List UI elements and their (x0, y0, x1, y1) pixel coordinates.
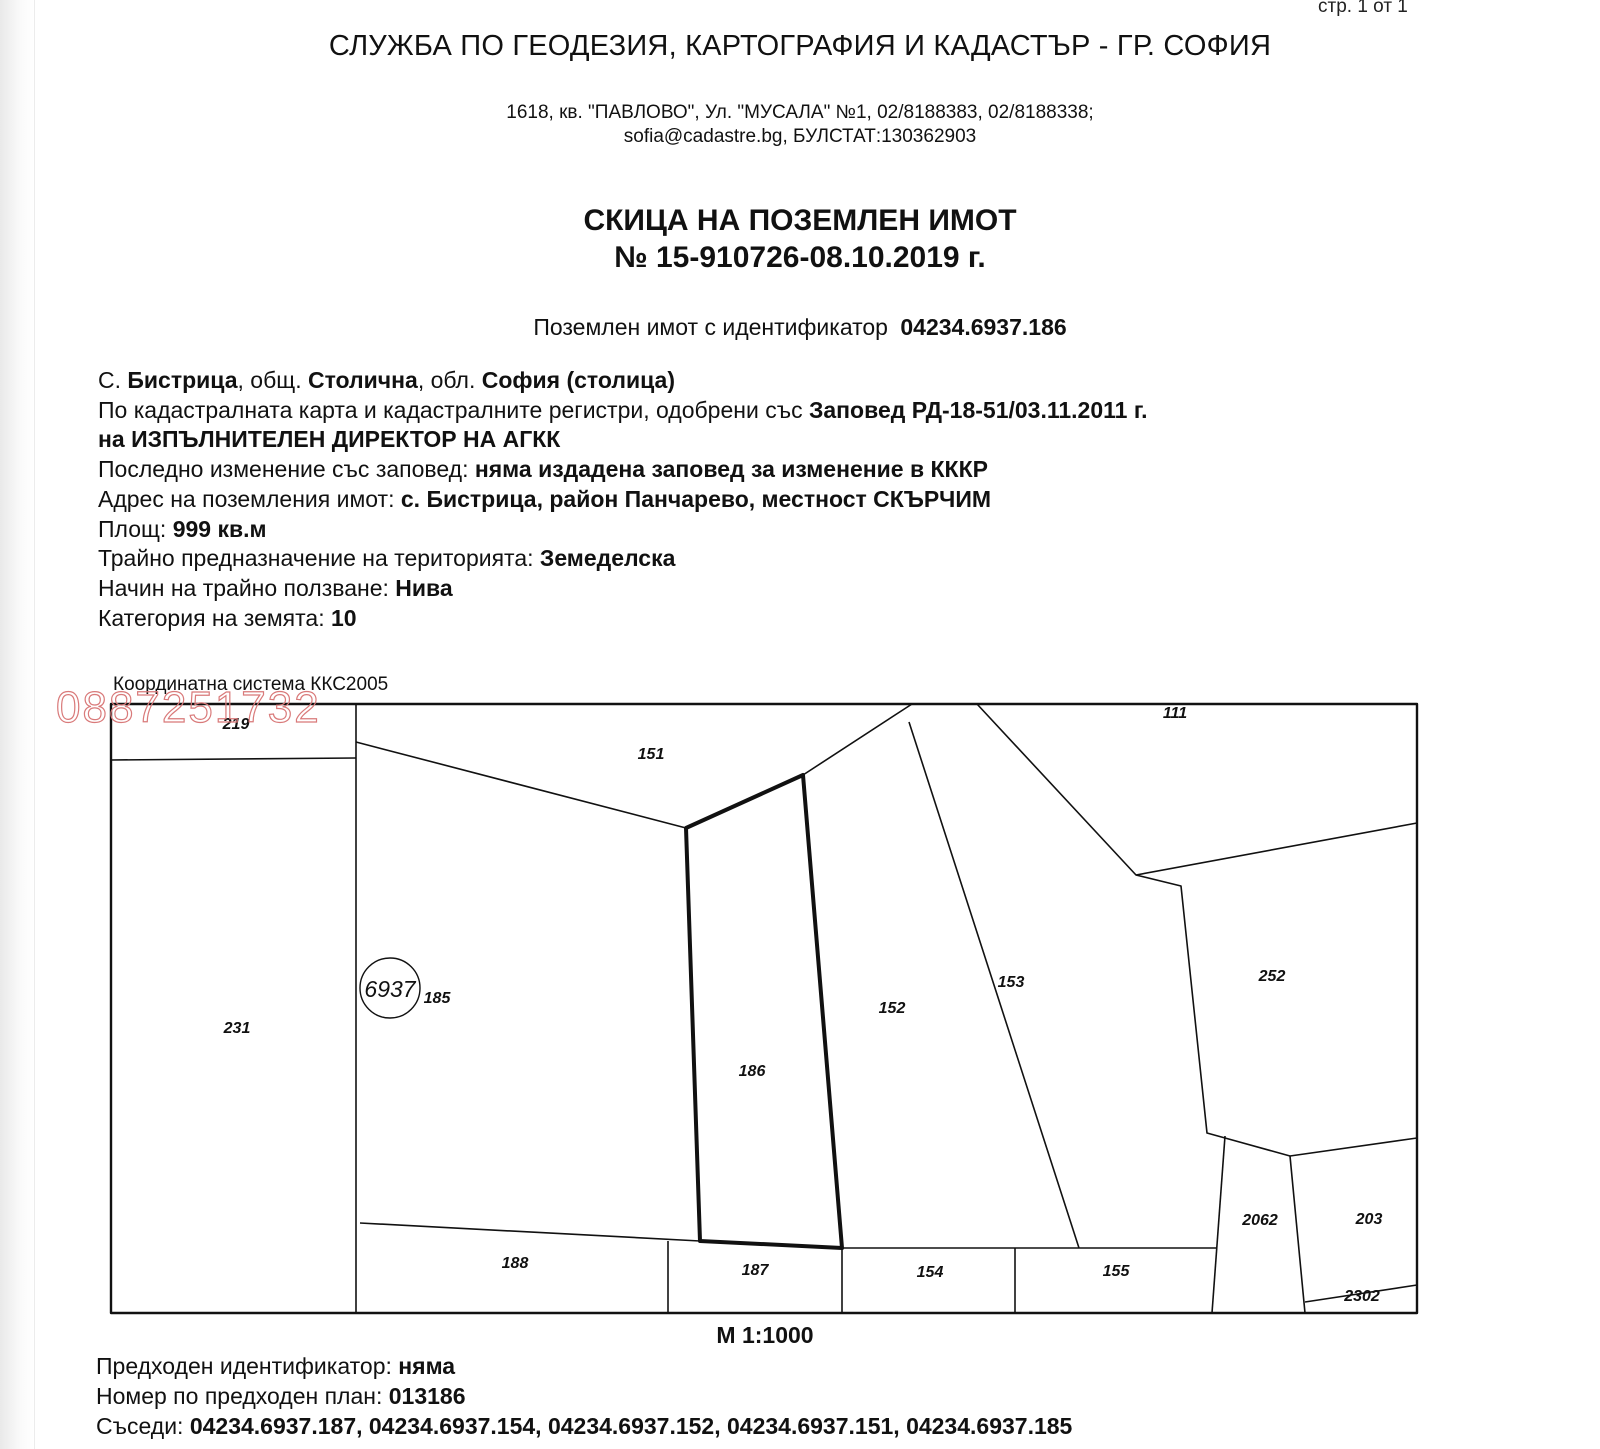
parcel-label: 231 (223, 1020, 251, 1037)
map-scale: М 1:1000 (0, 1322, 1530, 1349)
parcel-label: 2302 (1343, 1288, 1380, 1305)
parcel-label: 153 (998, 974, 1025, 991)
parcel-label: 155 (1103, 1263, 1131, 1280)
parcel-label: 2062 (1241, 1212, 1278, 1229)
parcel-label: 185 (424, 990, 452, 1007)
cadastral-area-number: 6937 (364, 976, 416, 1002)
footer-info: Предходен идентификатор: няма Номер по п… (96, 1351, 1072, 1441)
neighbours-line: Съседи: 04234.6937.187, 04234.6937.154, … (96, 1411, 1072, 1441)
parcel-label: 152 (879, 1000, 906, 1017)
parcel-label: 186 (739, 1063, 766, 1080)
parcel-label: 203 (1355, 1211, 1383, 1228)
parcel-label: 187 (742, 1262, 770, 1279)
highlighted-parcel-186 (686, 775, 842, 1248)
parcel-label: 188 (502, 1255, 529, 1272)
parcel-label: 111 (1163, 705, 1187, 722)
parcel-label: 252 (1258, 968, 1286, 985)
previous-id-line: Предходен идентификатор: няма (96, 1351, 1072, 1381)
previous-plan-line: Номер по предходен план: 013186 (96, 1381, 1072, 1411)
phone-watermark: 0887251732 (56, 683, 321, 733)
parcel-label: 151 (638, 746, 665, 763)
parcel-label: 154 (917, 1264, 944, 1281)
